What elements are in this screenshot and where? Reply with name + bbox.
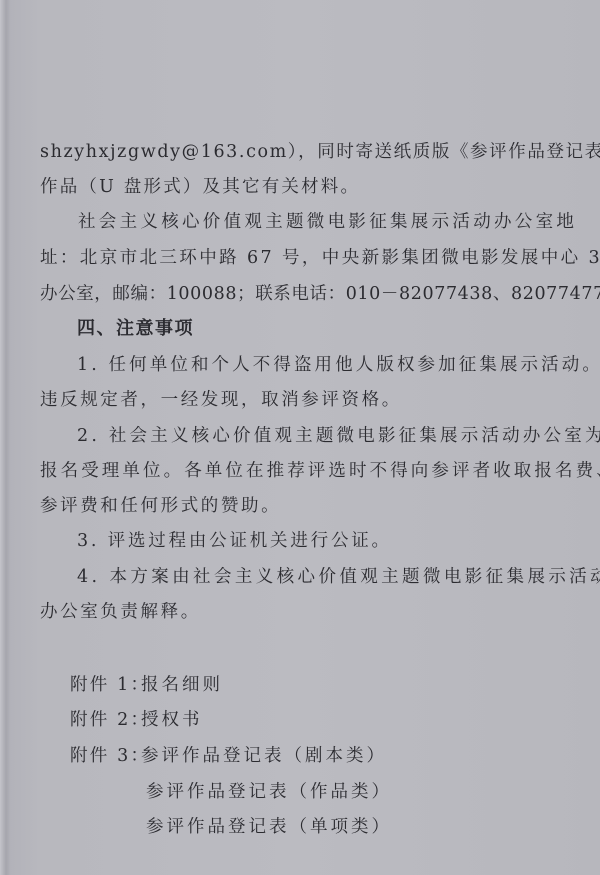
note-2-line-3: 参评费和任何形式的赞助。 <box>40 494 281 518</box>
section-heading-notes: 四、注意事项 <box>77 317 194 341</box>
page-edge-shadow <box>0 0 10 875</box>
note-4-line-2: 办公室负责解释。 <box>40 600 201 624</box>
address-line-1: 社会主义核心价值观主题微电影征集展示活动办公室地 <box>78 210 577 234</box>
attachment-3-item-script: 参评作品登记表（剧本类） <box>141 744 387 768</box>
attachment-3-item-single: 参评作品登记表（单项类） <box>146 815 392 839</box>
note-4-line-1: 4. 本方案由社会主义核心价值观主题微电影征集展示活动 <box>77 565 600 589</box>
attachment-3-label: 附件 3： <box>70 744 150 768</box>
submission-line-2: 作品（U 盘形式）及其它有关材料。 <box>40 175 360 199</box>
attachment-1-label: 附件 1： <box>70 673 150 697</box>
note-2-line-1: 2. 社会主义核心价值观主题微电影征集展示活动办公室为 <box>77 424 600 448</box>
submission-line-1: shzyhxjzgwdy@163.com），同时寄送纸质版《参评作品登记表》、 <box>40 140 600 164</box>
address-line-2: 址：北京市北三环中路 67 号，中央新影集团微电影发展中心 341 <box>40 246 600 270</box>
address-line-3: 办公室，邮编：100088；联系电话：010－82077438、82077477… <box>40 282 600 306</box>
scanned-document-page: shzyhxjzgwdy@163.com），同时寄送纸质版《参评作品登记表》、 … <box>0 0 600 875</box>
note-1-line-2: 违反规定者，一经发现，取消参评资格。 <box>40 388 402 412</box>
attachment-3-item-work: 参评作品登记表（作品类） <box>146 780 392 804</box>
note-2-line-2: 报名受理单位。各单位在推荐评选时不得向参评者收取报名费、 <box>40 459 600 483</box>
note-3-line-1: 3. 评选过程由公证机关进行公证。 <box>77 529 392 553</box>
attachment-1-item: 报名细则 <box>141 673 223 697</box>
note-1-line-1: 1. 任何单位和个人不得盗用他人版权参加征集展示活动。 <box>77 353 600 377</box>
attachment-2-label: 附件 2： <box>70 708 150 732</box>
attachment-2-item: 授权书 <box>141 708 203 732</box>
